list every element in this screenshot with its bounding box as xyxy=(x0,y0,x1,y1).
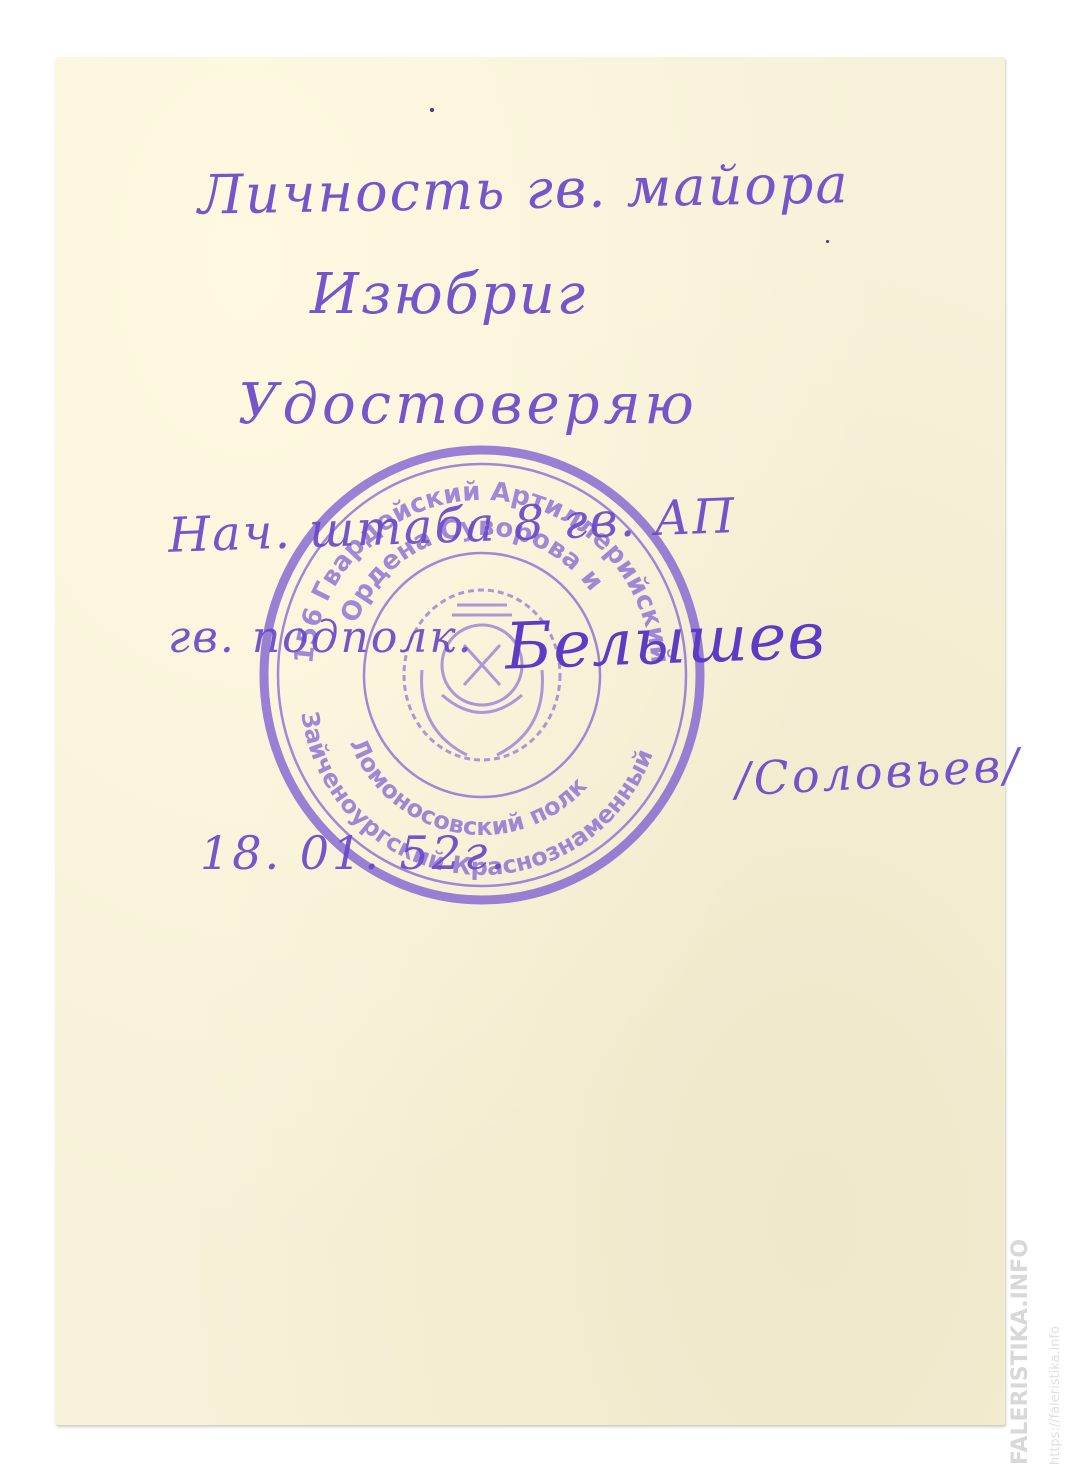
handwritten-line-surname: Изюбриг xyxy=(310,262,587,327)
handwritten-signature: Белышев xyxy=(504,599,827,684)
handwritten-line-identity: Личность гв. майора xyxy=(197,152,850,226)
ink-speck xyxy=(430,108,434,112)
handwritten-date: 18. 01. 52г. xyxy=(200,826,508,880)
watermark-url: https://faleristika.info xyxy=(1048,1326,1063,1465)
handwritten-line-rank: гв. подполк. xyxy=(168,612,474,663)
watermark: FALERISTIKA.INFO https://faleristika.inf… xyxy=(1000,1175,1084,1475)
ink-speck xyxy=(826,240,829,243)
handwritten-line-certify: Удостоверяю xyxy=(238,372,698,437)
watermark-brand: FALERISTIKA.INFO xyxy=(1008,1239,1033,1465)
